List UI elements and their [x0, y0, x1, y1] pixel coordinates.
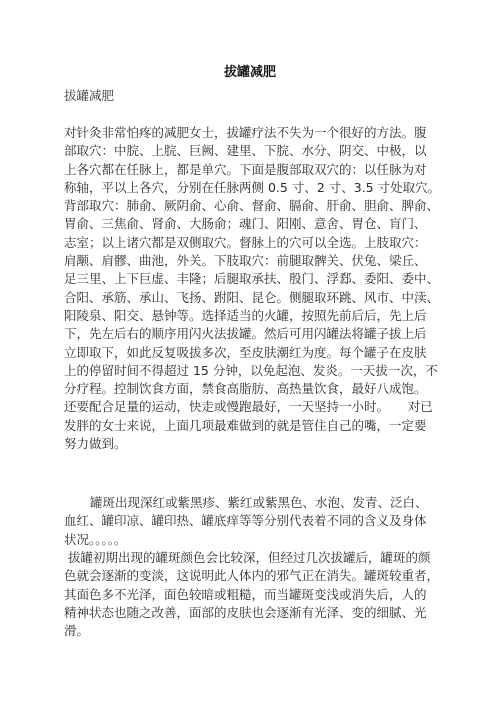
text-line: 滑。 [64, 622, 442, 640]
text-line: 足三里、上下巨虚、丰隆；后腿取承扶、殷门、浮郄、委阳、委中、 [64, 270, 442, 288]
text-line: 血红、罐印凉、罐印热、罐底痒等等分别代表着不同的含义及身体 [64, 512, 442, 530]
text-line: 志室；以上诸穴都是双侧取穴。督脉上的穴可以全选。上肢取穴： [64, 234, 442, 252]
text-line: 发胖的女士来说，上面几项最难做到的就是管住自己的嘴，一定要 [64, 417, 442, 435]
text-line: 状况。。。。。 [64, 531, 442, 549]
text-line: 立即取下，如此反复吸拔多次，至皮肤潮红为度。每个罐子在皮肤 [64, 344, 442, 362]
text-line: 精神状态也随之改善，面部的皮肤也会逐渐有光泽、变的细腻、光 [64, 604, 442, 622]
text-line: 罐斑出现深红或紫黑疹、紫红或紫黑色、水泡、发青、泛白、 [64, 494, 442, 512]
paragraph-mark-changes: 拔罐初期出现的罐斑颜色会比较深，但经过几次拔罐后，罐斑的颜 色就会逐渐的变淡，这… [64, 549, 442, 640]
text-line: 背部取穴：肺俞、厥阴俞、心俞、督俞、膈俞、肝俞、胆俞、脾俞、 [64, 197, 442, 215]
text-line: 下，先左后右的顺序用闪火法拔罐。然后可用闪罐法将罐子拔上后 [64, 325, 442, 343]
document-page: 拔罐减肥 拔罐减肥 对针灸非常怕疼的减肥女士，拔罐疗法不失为一个很好的方法。腹 … [0, 0, 500, 707]
document-title: 拔罐减肥 [0, 64, 500, 82]
text-line: 分疗程。控制饮食方面，禁食高脂肪、高热量饮食，最好八成饱。 [64, 380, 442, 398]
paragraph-cupping-marks: 罐斑出现深红或紫黑疹、紫红或紫黑色、水泡、发青、泛白、 血红、罐印凉、罐印热、罐… [64, 494, 442, 549]
text-line: 合阳、承筋、承山、飞扬、跗阳、昆仑。侧腿取环跳、风市、中渎、 [64, 289, 442, 307]
text-line: 上各穴都在任脉上，都是单穴。下面是腹部取双穴的：以任脉为对 [64, 161, 442, 179]
text-line: 还要配合足量的运动，快走或慢跑最好，一天坚持一小时。 对已 [64, 398, 442, 416]
text-line: 称轴，平以上各穴，分别在任脉两侧 0.5 寸、2 寸、3.5 寸处取穴。 [64, 179, 442, 197]
text-line: 肩颙、肩髎、曲池，外关。下肢取穴：前腿取髀关、伏兔、梁丘、 [64, 252, 442, 270]
text-line: 阳陵泉、阳交、悬钟等。选择适当的火罐，按照先前后后，先上后 [64, 307, 442, 325]
paragraph-method: 对针灸非常怕疼的减肥女士，拔罐疗法不失为一个很好的方法。腹 部取穴：中脘、上脘、… [64, 124, 442, 453]
text-line: 拔罐初期出现的罐斑颜色会比较深，但经过几次拔罐后，罐斑的颜 [64, 549, 442, 567]
text-line: 部取穴：中脘、上脘、巨阙、建里、下脘、水分、阴交、中极，以 [64, 142, 442, 160]
text-line: 努力做到。 [64, 435, 442, 453]
text-line: 胃俞、三焦俞、肾俞、大肠俞；魂门、阳刚、意舍、胃仓、肓门、 [64, 215, 442, 233]
document-subtitle: 拔罐减肥 [64, 87, 114, 105]
text-line: 对针灸非常怕疼的减肥女士，拔罐疗法不失为一个很好的方法。腹 [64, 124, 442, 142]
text-line: 上的停留时间不得超过 15 分钟，以免起泡、发炎。一天拔一次，不 [64, 362, 442, 380]
text-line: 色就会逐渐的变淡，这说明此人体内的邪气正在消失。罐斑较重者， [64, 567, 442, 585]
text-line: 其面色多不光泽，面色较暗或粗糙，而当罐斑变浅或消失后，人的 [64, 586, 442, 604]
